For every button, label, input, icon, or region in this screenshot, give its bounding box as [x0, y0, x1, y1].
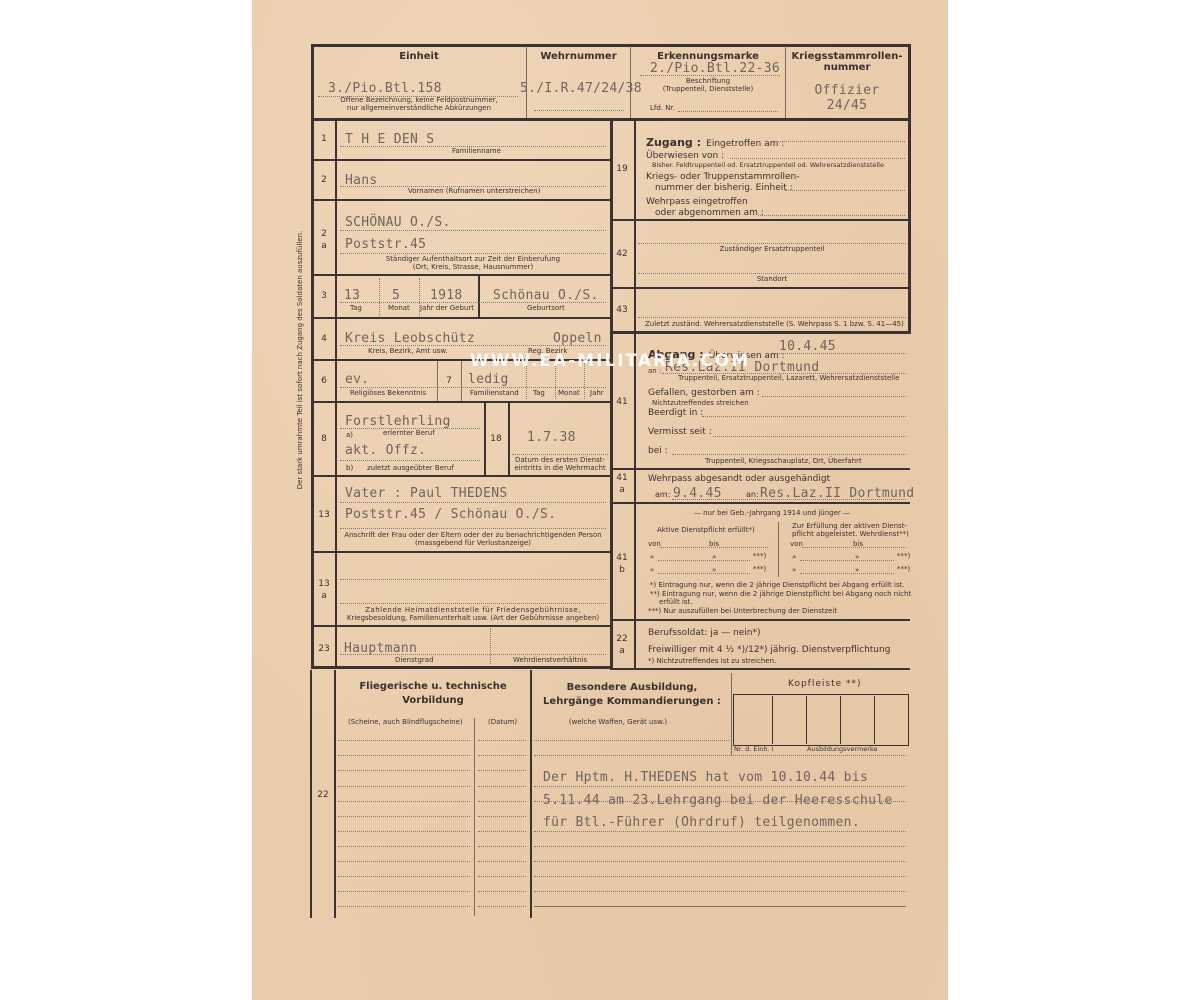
bottom-middle-divider — [530, 670, 532, 918]
diensteintritt-line — [512, 454, 608, 455]
right-von-label: von — [790, 540, 803, 548]
rule-left-6 — [338, 816, 470, 817]
dienstpflicht-divider — [778, 522, 779, 577]
row-sep-41 — [610, 468, 910, 470]
wehrpass-an-label: an: — [746, 490, 759, 499]
row6-jahr-label: Jahr — [590, 389, 604, 397]
label-a-prefix: a) — [346, 431, 353, 439]
geburt-tag: 13 — [344, 288, 360, 303]
bekenntnis-value: ev. — [345, 372, 369, 387]
kriegsstamm-value-2: 24/45 — [786, 98, 908, 113]
einheit-value: 3./Pio.Btl.158 — [328, 81, 442, 96]
label-jahr-geburt: Jahr der Geburt — [420, 304, 474, 312]
left-quote-1a: » — [650, 553, 654, 561]
row-42-number: 42 — [611, 249, 633, 259]
rule-datum-1 — [478, 740, 526, 741]
left-stars-1: ***) — [753, 552, 766, 560]
kopfleiste-title: Kopfleiste **) — [788, 679, 862, 689]
anschrift-line-2 — [340, 528, 606, 529]
row-sep-2 — [311, 199, 611, 201]
heimatdienststelle-label-2: Kriegsbesoldung, Familienunterhalt usw. … — [336, 614, 610, 622]
left-number-column — [335, 120, 337, 668]
abgang-line-dotted — [776, 353, 906, 354]
right-row-1-line — [800, 560, 894, 561]
row-2-number: 2 — [313, 175, 335, 185]
row-41b-number: 41 — [611, 553, 633, 563]
geburt-jahr: 1918 — [430, 288, 463, 303]
kriegsstamm-line — [785, 190, 905, 191]
datum-column-label: (Datum) — [488, 718, 517, 726]
row-sep-13a — [311, 625, 611, 627]
rule-left-7 — [338, 831, 470, 832]
row-sep-41a — [610, 502, 910, 504]
rule-right-6 — [534, 846, 906, 847]
right-quote-2a: » — [792, 566, 796, 574]
row-41a-letter: a — [611, 485, 633, 495]
rule-left-1 — [338, 740, 470, 741]
row-18-number: 18 — [485, 434, 507, 444]
besondere-subtitle: (welche Waffen, Gerät usw.) — [532, 718, 704, 726]
wehrpass-am-label: am: — [655, 490, 670, 499]
dienstgrad-label: Dienstgrad — [395, 656, 434, 664]
rule-left-11 — [338, 891, 470, 892]
scheine-column-label: (Scheine, auch Blindflugscheine) — [348, 718, 463, 726]
rule-datum-2 — [478, 755, 526, 756]
row6-divider-2 — [461, 361, 462, 401]
ausgeuebter-beruf-line — [340, 460, 480, 461]
row-22-number: 22 — [312, 790, 334, 800]
familienname-value: T H E DEN S — [345, 132, 434, 147]
right-lower-number-column — [634, 333, 636, 668]
rule-right-3 — [534, 786, 906, 787]
zur-erfuellung-title-2: pflicht abgeleistet. Wehrdienst**) — [792, 530, 909, 538]
standort-label: Standort — [636, 275, 908, 283]
geburt-monat: 5 — [392, 288, 400, 303]
kriegsstamm-label-2: nummer der bisherig. Einheit : — [655, 183, 793, 193]
aufenthaltsort-line-1 — [340, 230, 606, 231]
einheit-note-2: nur allgemeinverständliche Abkürzungen — [312, 104, 526, 112]
row-41-number: 41 — [611, 397, 633, 407]
rule-datum-11 — [478, 891, 526, 892]
besondere-title-1: Besondere Ausbildung, — [532, 682, 732, 693]
row-sep-42 — [610, 287, 910, 289]
left-von-line — [660, 547, 768, 548]
rule-datum-4 — [478, 786, 526, 787]
erkennungsmarke-note-1: Beschriftung — [631, 77, 785, 85]
heimatdienststelle-line-1 — [340, 579, 606, 580]
eingetroffen-line — [775, 141, 905, 142]
diensteintritt-label-2: eintritts in die Wehrmacht — [510, 464, 610, 472]
rule-right-1 — [534, 740, 729, 741]
rule-left-2 — [338, 755, 470, 756]
row-7-number: 7 — [438, 376, 460, 386]
heimatdienststelle-line-2 — [340, 603, 606, 604]
familienstand-value: ledig — [468, 372, 509, 387]
rule-left-10 — [338, 876, 470, 877]
kriegsstamm-value-1: Offizier — [786, 83, 908, 98]
anschrift-label-2: (massgebend für Verlustanzeige) — [336, 539, 610, 547]
beerdigt-label: Beerdigt in : — [648, 408, 703, 418]
kopfleiste-col-3 — [840, 696, 841, 744]
wehrdienstverhaeltnis-label: Wehrdienstverhältnis — [513, 656, 587, 664]
row-4-number: 4 — [313, 334, 335, 344]
erkennungsmarke-line — [640, 75, 780, 76]
aufenthaltsort-line-2 — [340, 253, 606, 254]
einheit-note-1: Offene Bezeichnung, keine Feldpostnummer… — [312, 96, 526, 104]
kreis-value: Kreis Leobschütz — [345, 331, 475, 346]
row-23-number: 23 — [313, 644, 335, 654]
aufenthaltsort-label-1: Ständiger Aufenthaltsort zur Zeit der Ei… — [336, 255, 610, 263]
footnote-2-cont: erfüllt ist. — [659, 598, 693, 606]
eingetroffen-label: Eingetroffen am : — [706, 139, 784, 149]
abgang-date-value: 10.4.45 — [779, 339, 836, 354]
abgang-an-note: Truppenteil, Ersatztruppenteil, Lazarett… — [678, 374, 899, 382]
bei-label: bei : — [648, 446, 668, 456]
rule-datum-12 — [478, 906, 526, 907]
vornamen-label: Vornamen (Rufnamen unterstreichen) — [408, 187, 540, 195]
zur-erfuellung-title-1: Zur Erfüllung der aktiven Dienst- — [792, 522, 907, 530]
rule-datum-10 — [478, 876, 526, 877]
row-sep-22a — [610, 668, 910, 670]
wehrpass-eingetroffen-line — [758, 215, 905, 216]
row6-monat-label: Monat — [558, 389, 580, 397]
aktive-dienstpflicht-title: Aktive Dienstpflicht erfüllt*) — [657, 526, 755, 534]
bekenntnis-label: Religiöses Bekenntnis — [350, 389, 426, 397]
geburtsort-value: Schönau O./S. — [493, 288, 599, 303]
row-22a-number: 22 — [611, 634, 633, 644]
dienstgrad-divider — [490, 628, 491, 664]
rule-datum-8 — [478, 846, 526, 847]
right-stars-2: ***) — [897, 565, 910, 573]
ueberwiesen-line — [730, 158, 905, 159]
footnote-1: *) Eintragung nur, wenn die 2 jährige Di… — [650, 581, 905, 589]
diensteintritt-label-1: Datum des ersten Dienst- — [510, 456, 610, 464]
anschrift-label-1: Anschrift der Frau oder der Eltern oder … — [336, 531, 610, 539]
kopfleiste-box — [733, 694, 909, 746]
left-stars-2: ***) — [753, 565, 766, 573]
right-upper-number-column — [634, 120, 636, 332]
datum-column-divider — [474, 718, 475, 916]
wehrpass-eingetroffen-2: oder abgenommen am : — [655, 208, 764, 218]
frame-right-upper — [908, 44, 911, 334]
ausbildung-entry-line-1: Der Hptm. H.THEDENS hat vom 10.10.44 bis — [543, 770, 868, 785]
rule-right-9 — [534, 891, 906, 892]
geburt-divider-3 — [478, 276, 480, 317]
wehrpass-am-line — [672, 499, 906, 500]
row-sep-1 — [311, 159, 611, 161]
bei-note: Truppenteil, Kriegsschauplatz, Ort, Über… — [705, 457, 862, 465]
zugang-line: Zugang : Eingetroffen am : — [646, 131, 784, 150]
row-sep-6 — [311, 401, 611, 403]
anschrift-value-1: Vater : Paul THEDENS — [345, 486, 508, 501]
rule-datum-9 — [478, 861, 526, 862]
kopfleiste-nr-label: Nr. d. Einh. I — [734, 745, 774, 753]
rule-datum-7 — [478, 831, 526, 832]
row-3-number: 3 — [313, 291, 335, 301]
heimatdienststelle-label-1: Zahlende Heimatdienststelle für Friedens… — [336, 606, 610, 614]
aufenthaltsort-label-2: (Ort, Kreis, Strasse, Hausnummer) — [336, 263, 610, 271]
left-block-bottom — [311, 666, 613, 669]
kopfleiste-col-2 — [806, 696, 807, 744]
geburt-divider-1 — [379, 278, 380, 316]
right-row-2-line — [800, 573, 894, 574]
ersatztruppenteil-line — [638, 243, 906, 244]
row-sep-41b — [610, 619, 910, 621]
row-19-number: 19 — [611, 164, 633, 174]
ausbildung-entry-line-3: für Btl.-Führer (Ohrdruf) teilgenommen. — [543, 815, 860, 830]
kriegsstamm-label-1: Kriegs- oder Truppenstammrollen- — [646, 172, 799, 182]
row-sep-2a — [311, 274, 611, 276]
vermisst-label: Vermisst seit : — [648, 427, 712, 437]
rule-right-5 — [534, 831, 906, 832]
standort-line — [638, 273, 906, 274]
rule-left-3 — [338, 770, 470, 771]
row-8-number: 8 — [313, 434, 335, 444]
flieger-title-1: Fliegerische u. technische — [336, 681, 530, 692]
anschrift-line-1 — [340, 502, 606, 503]
row-13-number: 13 — [313, 510, 335, 520]
gefallen-label: Gefallen, gestorben am : — [648, 388, 760, 398]
row-41a-number: 41 — [611, 473, 633, 483]
zugang-heading: Zugang : — [646, 136, 701, 149]
row-2a-letter: a — [313, 241, 335, 251]
kriegsstamm-title-2: nummer — [786, 62, 908, 73]
familienstand-label: Familienstand — [470, 389, 519, 397]
wehrnummer-value: 5./I.R.47/24/38 — [520, 81, 642, 96]
row-6-number: 6 — [313, 376, 335, 386]
rule-right-2 — [534, 755, 906, 756]
left-von-label: von — [648, 540, 661, 548]
reg-bezirk-value: Oppeln — [553, 331, 602, 346]
row6-tag-label: Tag — [533, 389, 545, 397]
diensteintritt-value: 1.7.38 — [527, 430, 576, 445]
row-41b-letter: b — [611, 565, 633, 575]
right-upper-bottom — [610, 331, 911, 334]
erlernter-beruf-value: Forstlehrling — [345, 414, 451, 429]
rule-left-4 — [338, 786, 470, 787]
rule-left-9 — [338, 861, 470, 862]
rule-right-10 — [534, 906, 906, 907]
ueberwiesen-note: Bisher. Feldtruppenteil od. Ersatztruppe… — [652, 161, 884, 169]
dienstgrad-line — [340, 654, 606, 655]
rule-right-8 — [534, 876, 906, 877]
lfd-nr-label: Lfd. Nr. — [650, 104, 675, 112]
freiwilliger-note: *) Nichtzutreffendes ist zu streichen. — [648, 657, 776, 665]
aufenthaltsort-value-2: Poststr.45 — [345, 237, 426, 252]
erkennungsmarke-note-2: (Truppenteil, Dienststelle) — [631, 85, 785, 93]
left-row-2-line — [658, 573, 750, 574]
flieger-title-2: Vorbildung — [336, 695, 530, 706]
freiwilliger-label: Freiwilliger mit 4 ½ *)/12*) jährig. Die… — [648, 645, 890, 655]
berufssoldat-label: Berufssoldat: ja — nein*) — [648, 628, 761, 638]
row-sep-3 — [311, 317, 611, 319]
label-monat: Monat — [388, 304, 410, 312]
row-sep-8 — [311, 475, 611, 477]
bottom-number-column — [334, 670, 336, 918]
vermisst-line — [713, 436, 906, 437]
bei-line — [672, 454, 906, 455]
ersatztruppenteil-label: Zuständiger Ersatztruppenteil — [636, 245, 908, 253]
frame-top — [311, 44, 911, 47]
left-quote-2a: » — [650, 566, 654, 574]
left-row-1-line — [658, 560, 750, 561]
kriegsstamm-title-1: Kriegsstammrollen- — [786, 51, 908, 62]
kopfleiste-col-4 — [874, 696, 875, 744]
label-b-prefix: b) — [346, 464, 353, 472]
erkennungsmarke-value: 2./Pio.Btl.22-36 — [650, 61, 780, 76]
rule-right-7 — [534, 861, 906, 862]
kreis-label: Kreis, Bezirk, Amt usw. — [368, 347, 448, 355]
rule-datum-5 — [478, 801, 526, 802]
kopfleiste-col-1 — [772, 696, 773, 744]
rule-datum-6 — [478, 816, 526, 817]
row-13a-number: 13 — [313, 579, 335, 589]
kopfleiste-vermerke-label: Ausbildungsvermerke — [807, 745, 878, 753]
wehrpass-eingetroffen-1: Wehrpass eingetroffen — [646, 197, 748, 207]
ueberwiesen-label: Überwiesen von : — [646, 151, 724, 161]
beerdigt-line — [702, 416, 906, 417]
gefallen-line — [762, 396, 906, 397]
einheit-title: Einheit — [312, 51, 526, 62]
row-2a-number: 2 — [313, 229, 335, 239]
aufenthaltsort-value-1: SCHÖNAU O./S. — [345, 215, 451, 230]
label-geburtsort: Geburtsort — [527, 304, 565, 312]
side-instruction-note: Der stark umrahmte Teil ist sofort nach … — [296, 220, 304, 500]
geburt-line — [340, 302, 606, 303]
row6-line — [340, 387, 606, 388]
wehrersatzdienststelle-line — [638, 317, 906, 318]
wehrnummer-line — [534, 110, 624, 111]
right-quote-1a: » — [792, 553, 796, 561]
row-43-number: 43 — [611, 305, 633, 315]
rule-datum-3 — [478, 770, 526, 771]
ausbildung-entry-line-2: 5.11.44 am 23.Lehrgang bei der Heeressch… — [543, 793, 892, 808]
row-sep-19 — [610, 219, 910, 221]
footnote-2: **) Eintragung nur, wenn die 2 jährige D… — [650, 590, 911, 598]
kopfleiste-left-border — [731, 673, 732, 755]
watermark: WWW.EA-MILITARIA.COM — [470, 351, 750, 371]
rule-left-8 — [338, 846, 470, 847]
lfd-nr-line — [678, 111, 778, 112]
row-sep-13 — [311, 551, 611, 553]
kreis-line — [340, 345, 606, 346]
row-1-number: 1 — [313, 134, 335, 144]
footnote-3: ***) Nur auszufüllen bei Unterbrechung d… — [648, 607, 837, 615]
ausgeuebter-beruf-label: zuletzt ausgeübter Beruf — [367, 464, 454, 472]
right-stars-1: ***) — [897, 552, 910, 560]
erlernter-beruf-label: erlernter Beruf — [383, 429, 435, 437]
familienname-label: Familienname — [452, 147, 501, 155]
rule-left-12 — [338, 906, 470, 907]
gefallen-note: Nichtzutreffendes streichen — [652, 399, 749, 407]
right-von-line — [802, 547, 906, 548]
besondere-title-2: Lehrgänge Kommandierungen : — [532, 696, 732, 707]
rule-left-5 — [338, 801, 470, 802]
wehrpass-abgesandt-label: Wehrpass abgesandt oder ausgehändigt — [648, 474, 830, 484]
wehrnummer-title: Wehrnummer — [527, 51, 630, 62]
row-22a-letter: a — [611, 646, 633, 656]
row-13a-letter: a — [313, 591, 335, 601]
label-tag: Tag — [350, 304, 362, 312]
jahrgang-header: — nur bei Geb.-Jahrgang 1914 und jünger … — [636, 509, 908, 517]
ausgeuebter-beruf-value: akt. Offz. — [345, 443, 426, 458]
anschrift-value-2: Poststr.45 / Schönau O./S. — [345, 507, 556, 522]
wehrersatzdienststelle-label: Zuletzt zuständ. Wehrersatzdienststelle … — [645, 320, 904, 328]
